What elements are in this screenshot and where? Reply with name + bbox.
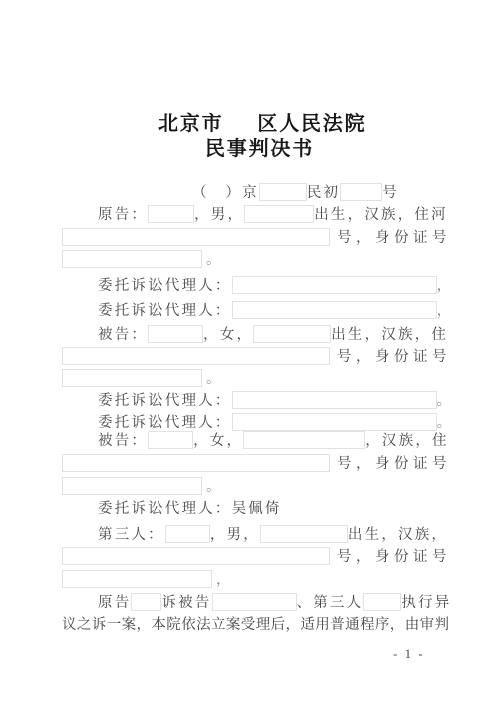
redacted-case-court-code — [259, 183, 307, 201]
plaintiff-line-1: 原告：，男，出生，汉族，住河 — [98, 205, 448, 225]
spacer — [330, 240, 337, 242]
case-summary-line-1: 原告诉被告、第三人执行异 — [98, 593, 451, 613]
defendant2-birth-suffix: ，汉族，住 — [365, 432, 449, 451]
third-party-addr-suffix: 号，身份证号 — [337, 548, 451, 567]
body-case-type: 执行异 — [401, 594, 451, 613]
agent-end-mark: 。 — [437, 392, 454, 411]
agent-line-4: 委托诉讼代理人：。 — [98, 413, 453, 433]
plaintiff-gender: ，男， — [194, 206, 244, 225]
third-party-birth-suffix: 出生，汉族， — [348, 526, 448, 545]
case-number-prefix: （ ）京 — [192, 184, 259, 203]
page-number: - 1 - — [393, 646, 425, 662]
defendant1-line-2: 号，身份证号 — [62, 347, 451, 367]
redacted-defendant1-birthdate — [253, 325, 331, 343]
spacer — [330, 359, 337, 361]
agent-end-mark: ， — [437, 302, 454, 321]
redacted-defendants-names-ref — [212, 593, 297, 611]
redacted-plaintiff-id-number — [62, 250, 202, 268]
spacer — [330, 559, 337, 561]
defendant1-line-1: 被告：，女，出生，汉族，住 — [98, 325, 448, 345]
redacted-third-party-address — [62, 547, 330, 565]
redacted-defendant2-birthdate — [243, 431, 365, 449]
redacted-agent-info — [232, 413, 437, 431]
redacted-agent-info — [232, 391, 437, 409]
redacted-defendant2-name — [148, 431, 193, 449]
agent-label: 委托诉讼代理人： — [98, 392, 232, 411]
defendant2-line-2: 号，身份证号 — [62, 454, 451, 474]
defendant2-line-3: 。 — [62, 477, 223, 497]
agent-name: 吴佩倚 — [232, 500, 282, 519]
redacted-defendant2-id-number — [62, 477, 202, 495]
redacted-third-party-name-ref — [363, 593, 401, 611]
plaintiff-label: 原告： — [98, 206, 148, 225]
third-party-label: 第三人： — [98, 526, 165, 545]
defendant1-line-3: 。 — [62, 369, 223, 389]
spacer — [330, 466, 337, 468]
redacted-defendant2-address — [62, 454, 330, 472]
agent-line-2: 委托诉讼代理人：， — [98, 301, 453, 321]
redacted-case-serial — [340, 183, 382, 201]
third-party-line-2: 号，身份证号 — [62, 547, 451, 567]
judgment-document-page: 北京市区人民法院 民事判决书 （ ）京民初号 原告：，男，出生，汉族，住河 号，… — [0, 0, 500, 707]
redacted-defendant1-address — [62, 347, 330, 365]
agent-label: 委托诉讼代理人： — [98, 500, 232, 519]
defendant1-addr-suffix: 号，身份证号 — [337, 348, 451, 367]
agent-line-1: 委托诉讼代理人：， — [98, 276, 453, 296]
redacted-plaintiff-name — [148, 205, 194, 223]
third-party-line-1: 第三人：，男，出生，汉族， — [98, 525, 448, 545]
redacted-defendant1-id-number — [62, 369, 202, 387]
defendant1-label: 被告： — [98, 326, 148, 345]
defendant2-addr-suffix: 号，身份证号 — [337, 455, 451, 474]
redacted-plaintiff-name-ref — [131, 593, 161, 611]
plaintiff-addr-suffix: 号，身份证号 — [337, 229, 451, 248]
redacted-third-party-birthdate — [260, 525, 348, 543]
defendant1-birth-suffix: 出生，汉族，住 — [331, 326, 448, 345]
case-number-suffix: 号 — [382, 184, 399, 203]
defendant2-line-1: 被告：，女，，汉族，住 — [98, 431, 449, 451]
redacted-third-party-id-number — [62, 570, 212, 588]
plaintiff-birth-suffix: 出生，汉族，住河 — [314, 206, 448, 225]
plaintiff-end-mark: 。 — [206, 251, 223, 270]
redacted-plaintiff-address — [62, 228, 330, 246]
agent-line-3: 委托诉讼代理人：。 — [98, 391, 453, 411]
redacted-defendant1-name — [148, 325, 203, 343]
redacted-third-party-name — [165, 525, 210, 543]
third-party-line-3: ， — [62, 570, 233, 590]
plaintiff-line-3: 。 — [62, 250, 223, 270]
body-third-party-word: 、第三人 — [297, 594, 364, 613]
agent-label: 委托诉讼代理人： — [98, 277, 232, 296]
plaintiff-line-2: 号，身份证号 — [62, 228, 451, 248]
redacted-agent-info — [232, 301, 437, 319]
redacted-agent-info — [232, 276, 437, 294]
defendant1-gender: ，女， — [203, 326, 253, 345]
defendant2-gender: ，女， — [193, 432, 243, 451]
defendant2-label: 被告： — [98, 432, 148, 451]
agent-line-5: 委托诉讼代理人：吴佩倚 — [98, 500, 282, 519]
third-party-gender: ，男， — [210, 526, 260, 545]
document-type-title: 民事判决书 — [205, 132, 314, 161]
defendant1-end-mark: 。 — [206, 370, 223, 389]
agent-end-mark: ， — [437, 277, 454, 296]
defendant2-end-mark: 。 — [206, 478, 223, 497]
third-party-end-mark: ， — [216, 571, 233, 590]
case-number-middle: 民初 — [307, 184, 340, 203]
body-sue-word: 诉被告 — [161, 594, 211, 613]
case-summary-line-2: 议之诉一案，本院依法立案受理后，适用普通程序，由审判 — [62, 616, 449, 635]
redacted-plaintiff-birthdate — [244, 205, 314, 223]
case-number-line: （ ）京民初号 — [192, 183, 399, 203]
body-plaintiff-word: 原告 — [98, 594, 131, 613]
redacted-district-gap — [223, 128, 257, 130]
agent-label: 委托诉讼代理人： — [98, 302, 232, 321]
